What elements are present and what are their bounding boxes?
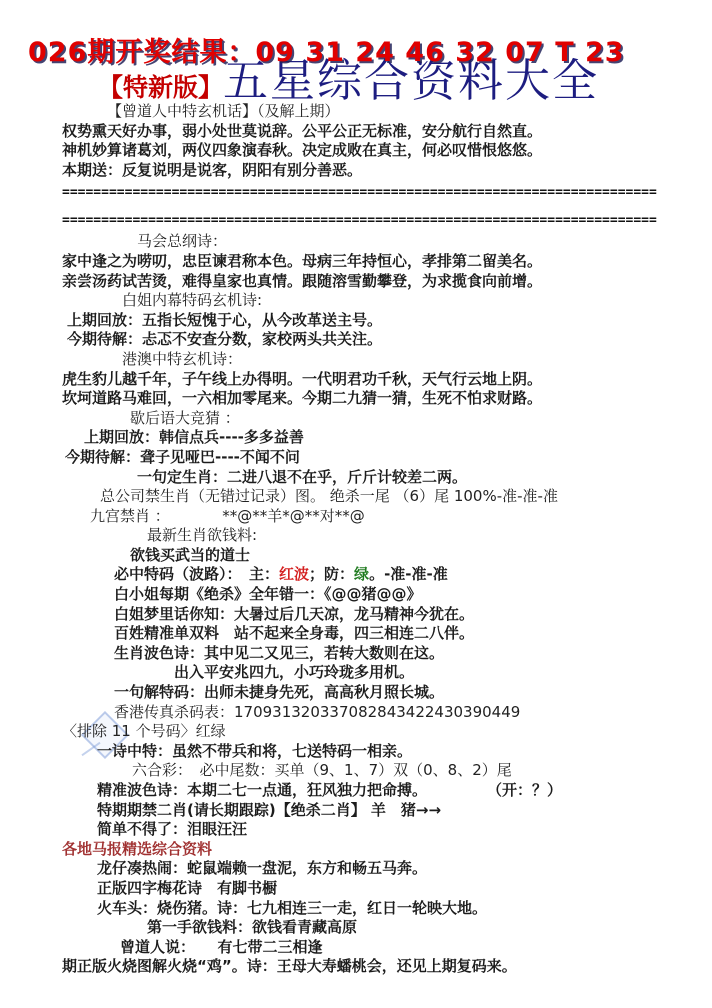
green-wave-label: 绿 xyxy=(354,565,369,583)
text-line: 曾道人说： 有七带二三相逢 xyxy=(120,938,672,958)
text-line: 简单不得了：泪眼汪汪 xyxy=(97,820,672,840)
text-line: 特期期禁二肖(请长期跟踪)【绝杀二肖】 羊 猪→→ xyxy=(97,801,672,821)
text-line: 六合彩： 必中尾数：买单（9、1、7）双（0、8、2）尾 xyxy=(132,761,672,781)
text-line: 火车头：烧伤猪。诗：七九相连三一走，红日一轮映大地。 xyxy=(97,899,672,919)
text-line: 一句解特码：出师未捷身先死，高高秋月照长城。 xyxy=(114,683,672,703)
text-line: 九宫禁肖 ： **@**羊*@**对**@ xyxy=(90,507,672,527)
text-line: 精准波色诗：本期二七一点通，狂风独力把命搏。 （开：？） xyxy=(97,781,672,801)
section-heading: 白姐内幕特码玄机诗: xyxy=(122,291,672,311)
text-line: 百姓精准单双料 站不起来全身毒，四三相连二八伴。 xyxy=(114,624,672,644)
wave-suffix: 。-准-准-准 xyxy=(369,565,448,583)
text-line: 虎生豹儿越千年，子午线上办得明。一代明君功千秋，天气行云地上阴。 xyxy=(62,370,672,390)
text-line: 一句定生肖：二进八退不在乎，斤斤计较差二两。 xyxy=(137,468,672,488)
text-line: 上期回放：五指长短愧于心，从今改革送主号。 xyxy=(67,311,672,331)
text-line: 本期送：反复说明是说客，阴阳有别分善恶。 xyxy=(62,161,672,181)
text-line: 家中逢之为唠叨，忠臣谏君称本色。母病三年持恒心，孝排第二留美名。 xyxy=(62,252,672,272)
text-line: 期正版火烧图解火烧“鸡”。诗：王母大寿蟠桃会，还见上期复码来。 xyxy=(62,957,672,977)
edition-badge: 【特新版】 xyxy=(98,68,223,104)
text-line: 出入平安兆四九，小巧玲珑多用机。 xyxy=(174,663,672,683)
scanned-lottery-sheet: 026期开奖结果：09 31 24 46 32 07 T 23 【特新版】 五星… xyxy=(0,0,712,1008)
text-line: 今期待解：聋子见哑巴----不闻不问 xyxy=(65,448,672,468)
text-line: 白姐梦里话你知：大暑过后几天凉，龙马精神今犹在。 xyxy=(114,605,672,625)
text-line: 权势熏天好办事，弱小处世莫说辞。公平公正无标准，安分航行自然直。 xyxy=(62,122,672,142)
text-line: 坎坷道路马难回，一六相加零尾来。今期二九猜一猜，生死不怕求财路。 xyxy=(62,389,672,409)
draw-result-banner: 026期开奖结果：09 31 24 46 32 07 T 23 xyxy=(28,30,625,69)
text-line: 总公司禁生肖（无错过记录）图。 绝杀一尾 （6）尾 100%-准-准-准 xyxy=(100,487,672,507)
document-body: 【曾道人中特玄机话】（及解上期） 权势熏天好办事，弱小处世莫说辞。公平公正无标准… xyxy=(0,98,712,977)
separator-line: ========================================… xyxy=(62,186,672,200)
wave-prediction-line: 必中特码（波路）： 主：红波；防：绿。-准-准-准 xyxy=(114,565,672,585)
separator-line: ========================================… xyxy=(62,214,672,228)
wave-prefix: 必中特码（波路）： 主： xyxy=(114,565,279,583)
text-line: 〈排除 11 个号码〉红绿 xyxy=(62,722,672,742)
section-heading: 最新生肖欲钱料: xyxy=(147,526,672,546)
section-heading: 港澳中特玄机诗： xyxy=(122,350,672,370)
section-heading: 马会总纲诗： xyxy=(137,232,672,252)
wave-mid: ；防： xyxy=(309,565,354,583)
page-header: 026期开奖结果：09 31 24 46 32 07 T 23 【特新版】 五星… xyxy=(0,0,712,98)
text-line: 正版四字梅花诗 有脚书橱 xyxy=(97,879,672,899)
text-line: 神机妙算诸葛刘，两仪四象演春秋。决定成败在真主，何必叹惜恨悠悠。 xyxy=(62,141,672,161)
text-line: 欲钱买武当的道士 xyxy=(130,546,672,566)
section-heading: 各地马报精选综合资料 xyxy=(62,840,672,860)
text-line: 今期待解：忐忑不安查分数，家校两头共关注。 xyxy=(67,330,672,350)
text-line: 生肖波色诗：其中见二又见三，若转大数则在这。 xyxy=(114,644,672,664)
text-line: 上期回放：韩信点兵----多多益善 xyxy=(84,428,672,448)
text-line: 白小姐每期《绝杀》全年错一：《@@猪@@》 xyxy=(114,585,672,605)
text-line: 龙仔凑热闹：蛇鼠端赖一盘泥，东方和畅五马奔。 xyxy=(97,859,672,879)
section-heading: 歇后语大竞猜 ： xyxy=(130,409,672,429)
text-line: 亲尝汤药试苦烫，难得皇家也真情。跟随溶雪勤攀登，为求揽食向前增。 xyxy=(62,272,672,292)
text-line: 一诗中特：虽然不带兵和将，七送特码一相亲。 xyxy=(97,742,672,762)
text-line: 香港传真杀码表：170931320337082843422430390449 xyxy=(114,703,672,723)
text-line: 第一手欲钱料：欲钱看青藏高原 xyxy=(147,918,672,938)
red-wave-label: 红波 xyxy=(279,565,309,583)
